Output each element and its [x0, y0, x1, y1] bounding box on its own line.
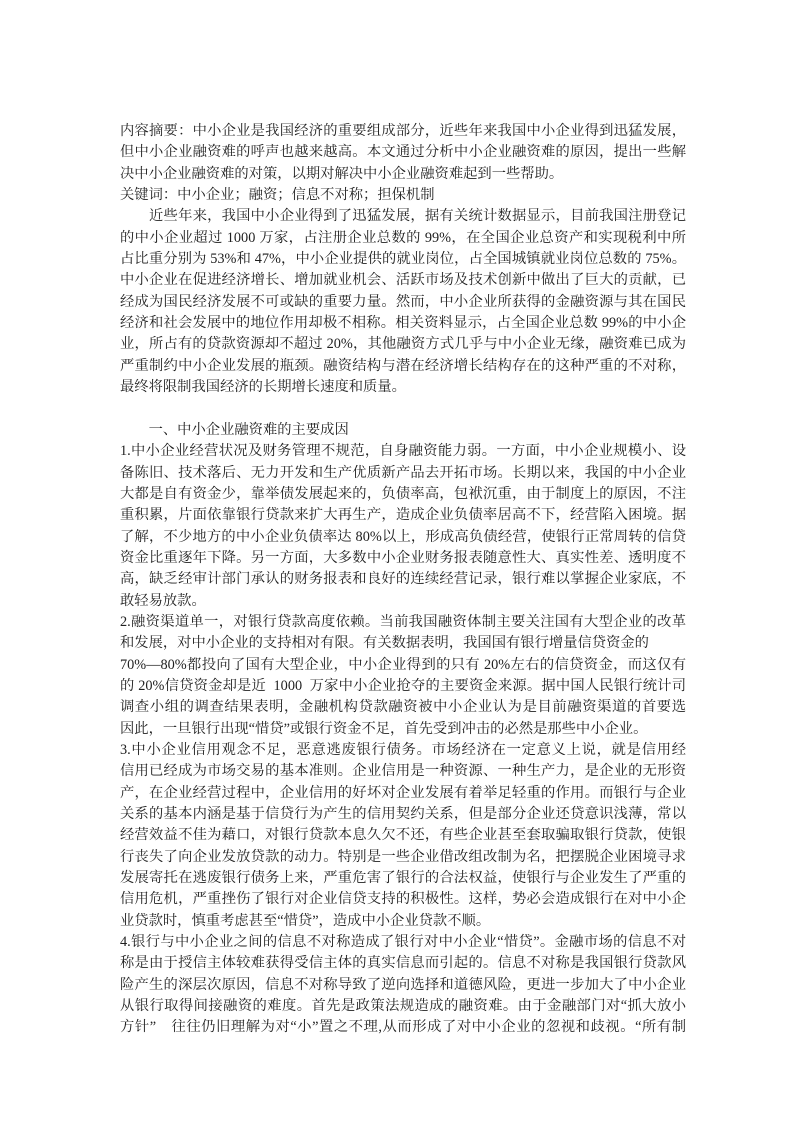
- text-line: 2.融资渠道单一，对银行贷款高度依赖。当前我国融资体制主要关注国有大型企业的改革: [120, 612, 686, 633]
- text-line: 业贷款时，慎重考虑甚至“惜贷”，造成中小企业贷款不顺。: [120, 911, 686, 932]
- text-line: 发展寄托在逃废银行债务上来，严重危害了银行的合法权益，使银行与企业发生了严重的: [120, 868, 686, 889]
- text-line: 行丧失了向企业发放贷款的动力。特别是一些企业借改组改制为名，把摆脱企业困境寻求: [120, 847, 686, 868]
- text-line: 4.银行与中小企业之间的信息不对称造成了银行对中小企业“惜贷”。金融市场的信息不…: [120, 932, 686, 953]
- paragraph-intro: 近些年来，我国中小企业得到了迅猛发展，据有关统计数据显示，目前我国注册登记的中小…: [120, 206, 686, 398]
- text-line: 严重制约中小企业发展的瓶颈。融资结构与潜在经济增长结构存在的这种严重的不对称，: [120, 356, 686, 377]
- text-line: 的中小企业超过 1000 万家，占注册企业总数的 99%，在全国企业总资产和实现…: [120, 228, 686, 249]
- text-line: 业，所占有的贷款资源却不超过 20%，其他融资方式几乎与中小企业无缘，融资难已成…: [120, 334, 686, 355]
- paragraph-abstract: 内容摘要：中小企业是我国经济的重要组成部分，近些年来我国中小企业得到迅猛发展，但…: [120, 121, 686, 185]
- text-line: 信用危机，严重挫伤了银行对企业信贷支持的积极性。这样，势必会造成银行在对中小企: [120, 889, 686, 910]
- text-line: 3.中小企业信用观念不足，恶意逃废银行债务。市场经济在一定意义上说，就是信用经济…: [120, 740, 686, 761]
- document-text-block: 内容摘要：中小企业是我国经济的重要组成部分，近些年来我国中小企业得到迅猛发展，但…: [120, 121, 686, 1039]
- text-line: 因此，一旦银行出现“惜贷”或银行资金不足，首先受到冲击的必然是那些中小企业。: [120, 719, 686, 740]
- text-line: 一、中小企业融资难的主要成因: [120, 420, 686, 441]
- blank-line: [120, 398, 686, 419]
- text-line: 但中小企业融资难的呼声也越来越高。本文通过分析中小企业融资难的原因，提出一些解: [120, 142, 686, 163]
- paragraph-cause-2: 2.融资渠道单一，对银行贷款高度依赖。当前我国融资体制主要关注国有大型企业的改革…: [120, 612, 686, 740]
- paragraph-cause-1: 1.中小企业经营状况及财务管理不规范，自身融资能力弱。一方面，中小企业规模小、设…: [120, 441, 686, 612]
- paragraph-spacer: [120, 398, 686, 419]
- text-line: 大都是自有资金少，靠举债发展起来的，负债率高，包袱沉重，由于制度上的原因，不注: [120, 484, 686, 505]
- text-line: 70%—80%都投向了国有大型企业，中小企业得到的只有 20%左右的信贷资金，而…: [120, 655, 686, 676]
- text-line: 和发展，对中小企业的支持相对有限。有关数据表明，我国国有银行增量信贷资金的: [120, 633, 686, 654]
- text-line: 资金比重逐年下降。另一方面，大多数中小企业财务报表随意性大、真实性差、透明度不: [120, 548, 686, 569]
- text-line: 占比重分别为 53%和 47%，中小企业提供的就业岗位，占全国城镇就业岗位总数的…: [120, 249, 686, 270]
- paragraph-keywords: 关键词：中小企业；融资；信息不对称；担保机制: [120, 185, 686, 206]
- text-line: 经济和社会发展中的地位作用却极不相称。相关资料显示，占全国企业总数 99%的中小…: [120, 313, 686, 334]
- text-line: 方针” 往往仍旧理解为对“小”置之不理,从而形成了对中小企业的忽视和歧视。“所有…: [120, 1017, 686, 1038]
- text-line: 敢轻易放款。: [120, 591, 686, 612]
- text-line: 备陈旧、技术落后、无力开发和生产优质新产品去开拓市场。长期以来，我国的中小企业: [120, 463, 686, 484]
- text-line: 产，在企业经营过程中，企业信用的好坏对企业发展有着举足轻重的作用。而银行与企业: [120, 783, 686, 804]
- text-line: 经营效益不佳为藉口，对银行贷款本息久欠不还，有些企业甚至套取骗取银行贷款，使银: [120, 825, 686, 846]
- text-line: 近些年来，我国中小企业得到了迅猛发展，据有关统计数据显示，目前我国注册登记: [120, 206, 686, 227]
- text-line: 重积累，片面依靠银行贷款来扩大再生产，造成企业负债率居高不下，经营陷入困境。据: [120, 505, 686, 526]
- text-line: 关系的基本内涵是基于信贷行为产生的信用契约关系，但是部分企业还贷意识浅薄，常以: [120, 804, 686, 825]
- text-line: 高，缺乏经审计部门承认的财务报表和良好的连续经营记录，银行难以掌握企业家底，不: [120, 569, 686, 590]
- text-line: 称是由于授信主体较难获得受信主体的真实信息而引起的。信息不对称是我国银行贷款风: [120, 953, 686, 974]
- text-line: 经成为国民经济发展不可或缺的重要力量。然而，中小企业所获得的金融资源与其在国民: [120, 292, 686, 313]
- text-line: 内容摘要：中小企业是我国经济的重要组成部分，近些年来我国中小企业得到迅猛发展，: [120, 121, 686, 142]
- text-line: 的 20%信贷资金却是近 1000 万家中小企业抢夺的主要资金来源。据中国人民银…: [120, 676, 686, 697]
- text-line: 信用已经成为市场交易的基本准则。企业信用是一种资源、一种生产力，是企业的无形资: [120, 761, 686, 782]
- text-line: 中小企业在促进经济增长、增加就业机会、活跃市场及技术创新中做出了巨大的贡献，已: [120, 270, 686, 291]
- text-line: 最终将限制我国经济的长期增长速度和质量。: [120, 377, 686, 398]
- paragraph-cause-3: 3.中小企业信用观念不足，恶意逃废银行债务。市场经济在一定意义上说，就是信用经济…: [120, 740, 686, 932]
- text-line: 险产生的深层次原因，信息不对称导致了逆向选择和道德风险，更进一步加大了中小企业: [120, 975, 686, 996]
- text-line: 了解，不少地方的中小企业负债率达 80%以上，形成高负债经营，使银行正常周转的信…: [120, 527, 686, 548]
- text-line: 决中小企业融资难的对策，以期对解决中小企业融资难起到一些帮助。: [120, 164, 686, 185]
- paragraph-cause-4: 4.银行与中小企业之间的信息不对称造成了银行对中小企业“惜贷”。金融市场的信息不…: [120, 932, 686, 1039]
- text-line: 1.中小企业经营状况及财务管理不规范，自身融资能力弱。一方面，中小企业规模小、设: [120, 441, 686, 462]
- text-line: 关键词：中小企业；融资；信息不对称；担保机制: [120, 185, 686, 206]
- text-line: 从银行取得间接融资的难度。首先是政策法规造成的融资难。由于金融部门对“抓大放小: [120, 996, 686, 1017]
- document-page: 内容摘要：中小企业是我国经济的重要组成部分，近些年来我国中小企业得到迅猛发展，但…: [0, 0, 800, 1132]
- text-line: 调查小组的调查结果表明，金融机构贷款融资被中小企业认为是目前融资渠道的首要选择。: [120, 697, 686, 718]
- paragraph-section-1-heading: 一、中小企业融资难的主要成因: [120, 420, 686, 441]
